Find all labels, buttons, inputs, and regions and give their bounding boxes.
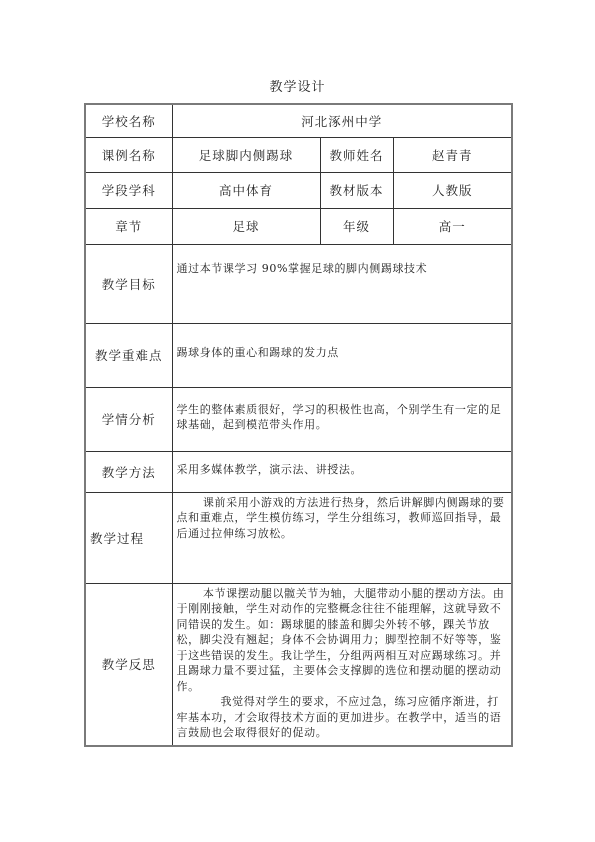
reflection-cell: 本节课摆动腿以髋关节为轴，大腿带动小腿的摆动方法。由于刚刚接触，学生对动作的完整… [172, 583, 512, 746]
row-lesson: 课例名称 足球脚内侧踢球 教师姓名 赵青青 [85, 137, 512, 172]
reflection-paragraph-1: 本节课摆动腿以髋关节为轴，大腿带动小腿的摆动方法。由于刚刚接触，学生对动作的完整… [177, 586, 508, 695]
document-title: 教学设计 [0, 79, 595, 97]
lesson-value: 足球脚内侧踢球 [172, 137, 320, 172]
school-label: 学校名称 [85, 104, 172, 137]
teacher-value: 赵青青 [393, 137, 512, 172]
teaching-design-table: 学校名称 河北涿州中学 课例名称 足球脚内侧踢球 教师姓名 赵青青 学段学科 高… [84, 103, 513, 747]
row-school: 学校名称 河北涿州中学 [85, 104, 512, 137]
row-chapter: 章节 足球 年级 高一 [85, 208, 512, 244]
subject-value: 高中体育 [172, 172, 320, 208]
method-text: 采用多媒体教学，演示法、讲授法。 [172, 451, 512, 492]
method-label: 教学方法 [85, 451, 172, 492]
edition-value: 人教版 [393, 172, 512, 208]
objective-text: 通过本节课学习 90%掌握足球的脚内侧踢球技术 [172, 244, 512, 323]
row-key-points: 教学重难点 踢球身体的重心和踢球的发力点 [85, 323, 512, 387]
process-cell: 课前采用小游戏的方法进行热身，然后讲解脚内侧踢球的要点和重难点，学生模仿练习，学… [172, 492, 512, 583]
chapter-value: 足球 [172, 208, 320, 244]
student-analysis-text: 学生的整体素质很好，学习的积极性也高，个别学生有一定的足球基础，起到模范带头作用… [172, 387, 512, 451]
reflection-paragraph-2: 我觉得对学生的要求，不应过急，练习应循序渐进，打牢基本功，才会取得技术方面的更加… [177, 694, 508, 741]
subject-label: 学段学科 [85, 172, 172, 208]
reflection-label: 教学反思 [85, 583, 172, 746]
row-subject: 学段学科 高中体育 教材版本 人教版 [85, 172, 512, 208]
process-label: 教学过程 [85, 492, 172, 583]
objective-label: 教学目标 [85, 244, 172, 323]
teacher-label: 教师姓名 [320, 137, 393, 172]
chapter-label: 章节 [85, 208, 172, 244]
student-analysis-label: 学情分析 [85, 387, 172, 451]
lesson-label: 课例名称 [85, 137, 172, 172]
row-method: 教学方法 采用多媒体教学，演示法、讲授法。 [85, 451, 512, 492]
row-student-analysis: 学情分析 学生的整体素质很好，学习的积极性也高，个别学生有一定的足球基础，起到模… [85, 387, 512, 451]
key-points-text: 踢球身体的重心和踢球的发力点 [172, 323, 512, 387]
row-process: 教学过程 课前采用小游戏的方法进行热身，然后讲解脚内侧踢球的要点和重难点，学生模… [85, 492, 512, 583]
key-points-label: 教学重难点 [85, 323, 172, 387]
row-reflection: 教学反思 本节课摆动腿以髋关节为轴，大腿带动小腿的摆动方法。由于刚刚接触，学生对… [85, 583, 512, 746]
grade-label: 年级 [320, 208, 393, 244]
grade-value: 高一 [393, 208, 512, 244]
edition-label: 教材版本 [320, 172, 393, 208]
school-value: 河北涿州中学 [172, 104, 512, 137]
process-text: 课前采用小游戏的方法进行热身，然后讲解脚内侧踢球的要点和重难点，学生模仿练习，学… [177, 495, 508, 542]
row-objective: 教学目标 通过本节课学习 90%掌握足球的脚内侧踢球技术 [85, 244, 512, 323]
